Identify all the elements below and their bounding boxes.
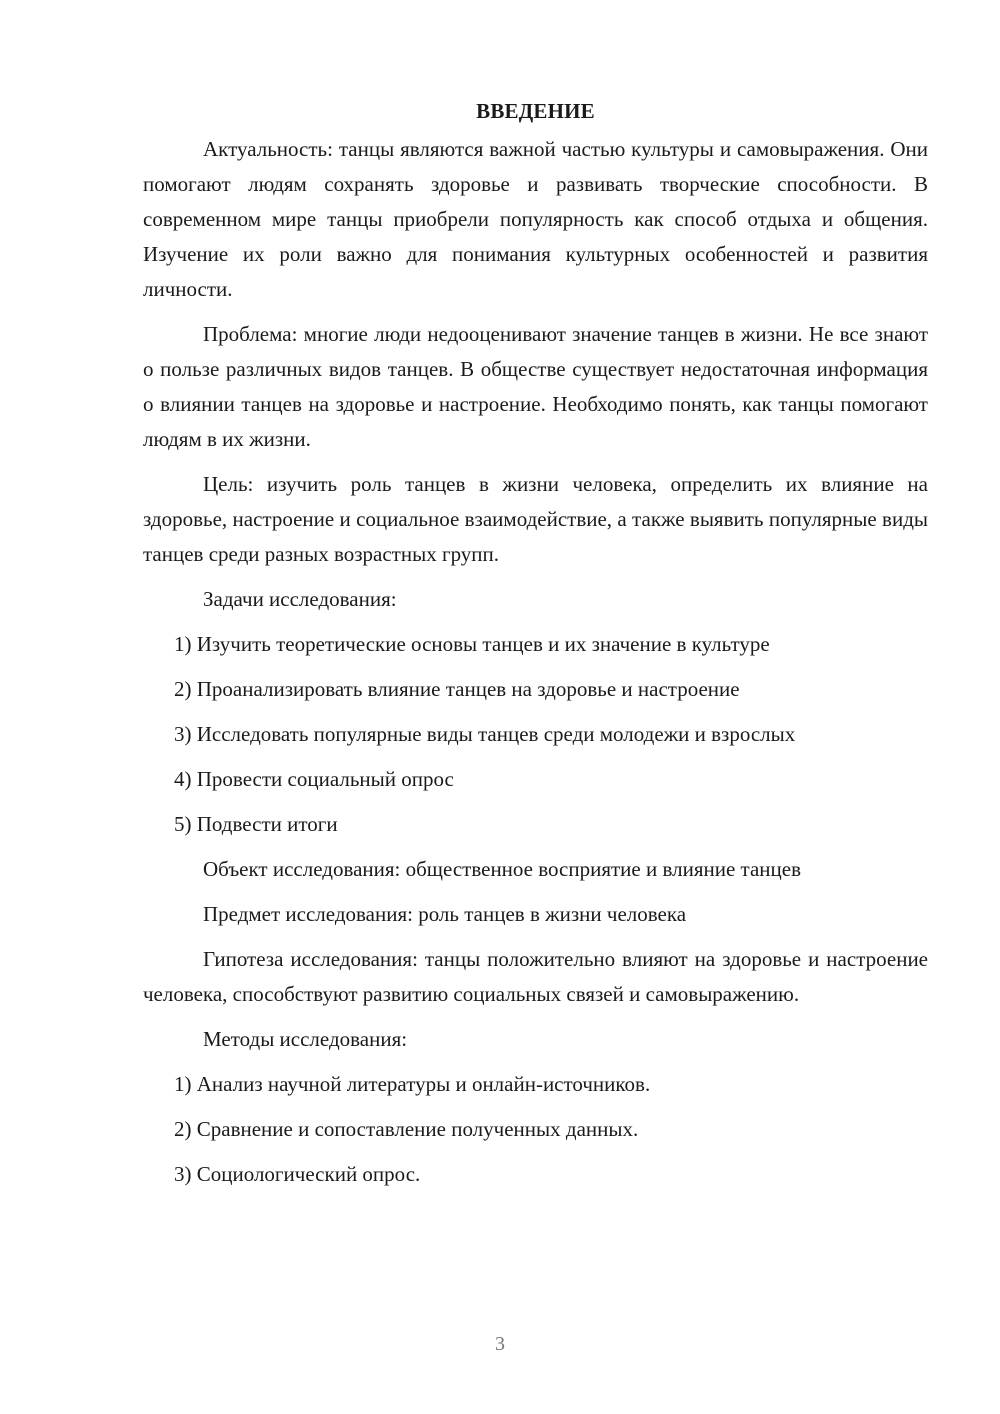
object-line: Объект исследования: общественное воспри… [143,852,928,887]
document-page: ВВЕДЕНИЕ Актуальность: танцы являются ва… [143,96,928,1202]
goal-paragraph: Цель: изучить роль танцев в жизни челове… [143,467,928,572]
methods-list: 1) Анализ научной литературы и онлайн-ис… [143,1067,928,1192]
method-item: 1) Анализ научной литературы и онлайн-ис… [143,1067,928,1102]
hypothesis-paragraph: Гипотеза исследования: танцы положительн… [143,942,928,1012]
task-item: 5) Подвести итоги [143,807,928,842]
task-item: 2) Проанализировать влияние танцев на зд… [143,672,928,707]
methods-label: Методы исследования: [143,1022,928,1057]
section-title: ВВЕДЕНИЕ [143,96,928,126]
problem-paragraph: Проблема: многие люди недооценивают знач… [143,317,928,457]
tasks-label: Задачи исследования: [143,582,928,617]
subject-line: Предмет исследования: роль танцев в жизн… [143,897,928,932]
task-item: 3) Исследовать популярные виды танцев ср… [143,717,928,752]
task-item: 4) Провести социальный опрос [143,762,928,797]
task-item: 1) Изучить теоретические основы танцев и… [143,627,928,662]
method-item: 2) Сравнение и сопоставление полученных … [143,1112,928,1147]
tasks-list: 1) Изучить теоретические основы танцев и… [143,627,928,842]
relevance-paragraph: Актуальность: танцы являются важной част… [143,132,928,307]
page-number: 3 [0,1333,1000,1356]
method-item: 3) Социологический опрос. [143,1157,928,1192]
